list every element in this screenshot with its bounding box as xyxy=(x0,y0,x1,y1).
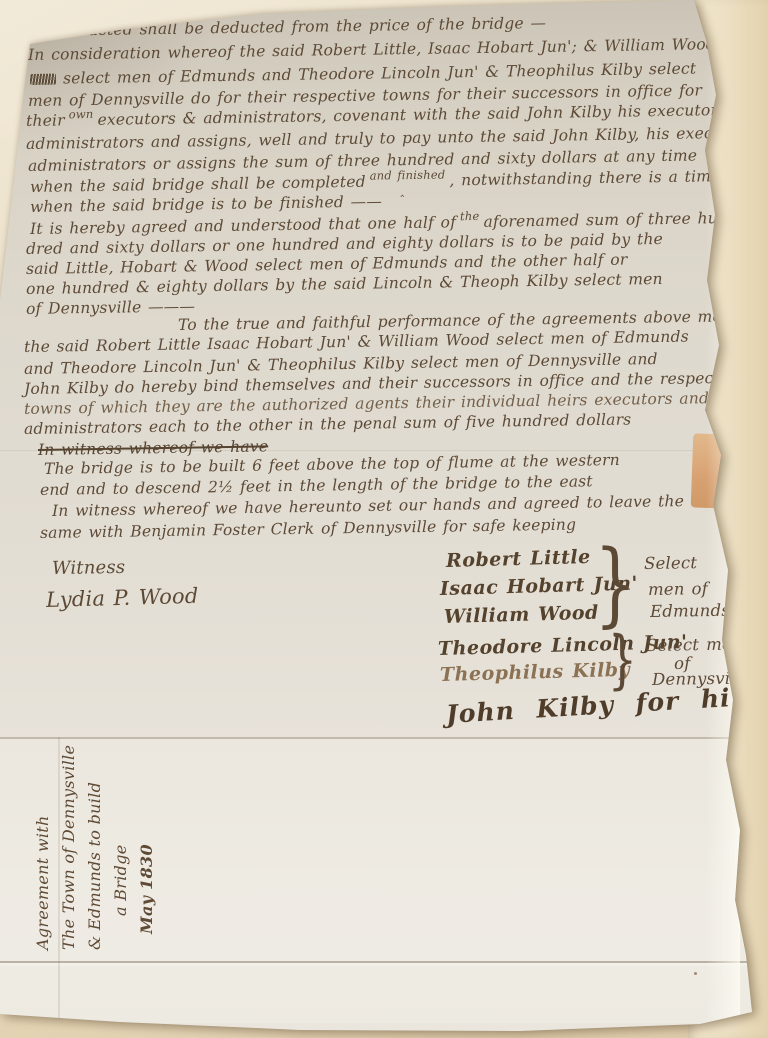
inserted-word: the xyxy=(460,209,480,223)
fold-crease xyxy=(0,961,768,963)
handwritten-line: of Dennysville ——— xyxy=(26,297,195,318)
line-text: , notwithstanding there is a time limite… xyxy=(449,166,768,189)
signature-theophilus-kilby: Theophilus Kilby xyxy=(440,659,631,686)
select-men-label: Select men xyxy=(646,634,743,655)
select-men-label: Select xyxy=(644,553,697,573)
docket-line: & Edmunds to build xyxy=(82,720,108,950)
signature-brace-dennysville: } xyxy=(608,628,637,692)
select-men-label: Edmunds xyxy=(650,601,730,621)
line-text: aforenamed sum of three hun xyxy=(483,209,728,231)
witness-signature: Lydia P. Wood xyxy=(46,584,199,612)
paper-speck xyxy=(694,972,697,975)
inserted-words: and finished xyxy=(370,167,446,182)
inserted-word: own xyxy=(69,107,94,121)
scribbled-out-word xyxy=(30,74,56,85)
paper-speck xyxy=(744,936,749,940)
document-page: so deducted shall be deducted from the p… xyxy=(0,0,768,1038)
torn-edge-highlight xyxy=(706,0,740,1038)
docket-line: Agreement with xyxy=(30,720,56,950)
struck-out-line: In witness whereof we have xyxy=(38,437,268,459)
paper-speck xyxy=(757,940,760,943)
handwritten-line: same with Benjamin Foster Clerk of Denny… xyxy=(40,516,576,542)
line-text: their xyxy=(26,111,65,130)
signature-brace-edmunds: } xyxy=(594,538,636,630)
select-men-label: men of xyxy=(648,579,708,599)
docket-annotation: Agreement with The Town of Dennysville &… xyxy=(30,720,170,950)
witness-label: Witness xyxy=(52,557,126,579)
handwritten-line: so deducted shall be deducted from the p… xyxy=(34,14,546,40)
docket-line: a Bridge xyxy=(108,720,134,916)
docket-line: May 1830 xyxy=(134,720,160,934)
paper-shadow-wrap: so deducted shall be deducted from the p… xyxy=(0,0,768,1038)
signature-robert-little: Robert Little xyxy=(446,546,591,572)
docket-line: The Town of Dennysville xyxy=(56,720,82,950)
signature-william-wood: William Wood xyxy=(444,602,599,628)
photo-background: so deducted shall be deducted from the p… xyxy=(0,0,768,1038)
handwritten-line: when the said bridge is to be finished —… xyxy=(30,192,382,216)
